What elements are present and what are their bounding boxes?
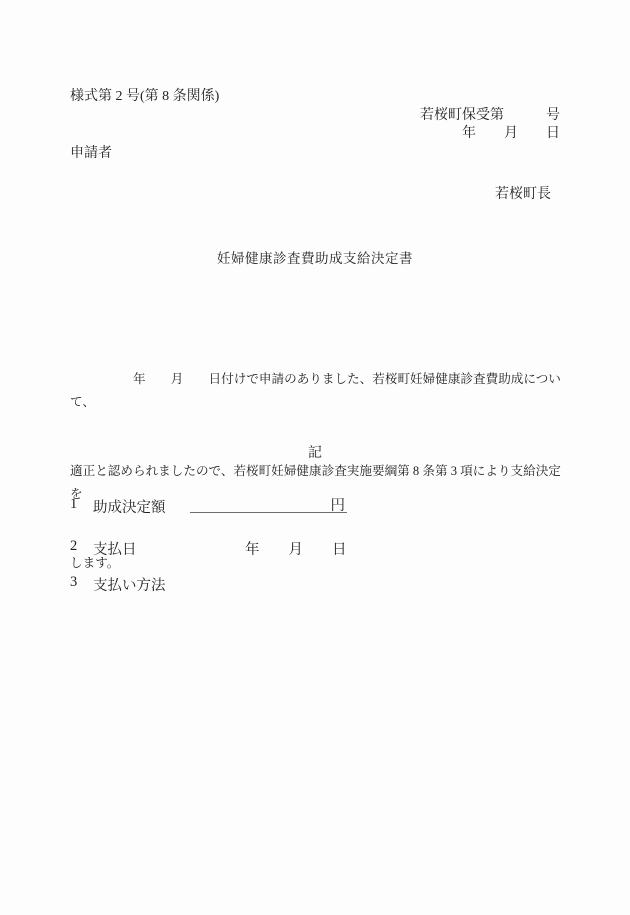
item-number: 1: [70, 496, 77, 513]
item-payment-method: 3 支払い方法: [0, 574, 630, 594]
document-page: 様式第 2 号(第 8 条関係) 若桜町保受第 号 年 月 日 申請者 若桜町長…: [0, 0, 630, 915]
item-payment-date: 2 支払日 年 月 日: [0, 538, 630, 558]
item-number: 2: [70, 538, 77, 555]
currency-unit-label: 円: [331, 498, 346, 514]
payment-date-blank-field: 年 月 日: [245, 538, 347, 559]
receipt-number-line: 若桜町保受第 号: [420, 104, 560, 124]
body-line: 年 月 日付けで申請のありました、若桜町妊婦健康診査費助成について、: [70, 368, 564, 414]
header-date-line: 年 月 日: [462, 122, 560, 142]
item-grant-amount-label: 助成決定額: [93, 496, 166, 517]
form-number: 様式第 2 号(第 8 条関係): [70, 85, 219, 105]
item-grant-amount: 1 助成決定額 円: [0, 496, 630, 516]
applicant-label: 申請者: [70, 142, 112, 162]
amount-blank-field: 円: [190, 494, 347, 513]
document-title: 妊婦健康診査費助成支給決定書: [0, 247, 630, 267]
issuer-name: 若桜町長: [495, 183, 551, 203]
item-payment-method-label: 支払い方法: [93, 574, 166, 595]
item-number: 3: [70, 574, 77, 591]
record-heading: 記: [0, 442, 630, 462]
item-payment-date-label: 支払日: [93, 538, 137, 559]
